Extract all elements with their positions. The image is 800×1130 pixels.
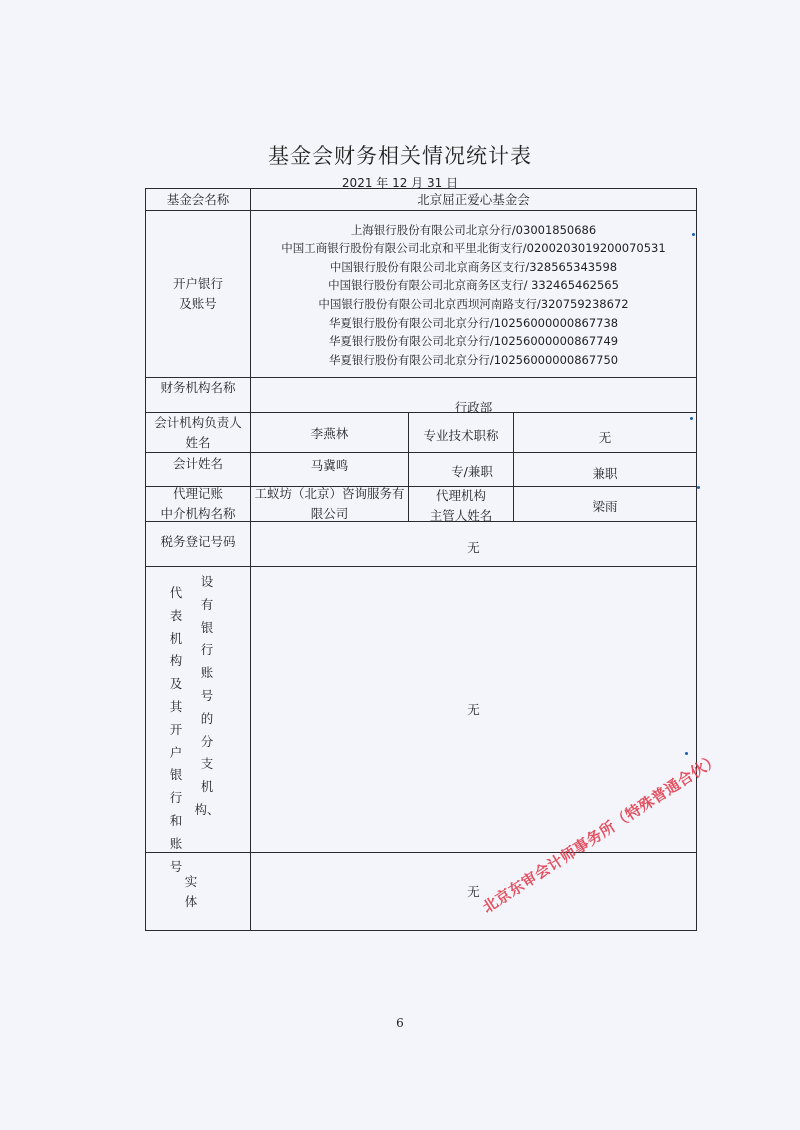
accountant-label-text: 会计姓名 — [173, 454, 223, 474]
vertical-label-char: 表 — [170, 605, 183, 628]
finance-dept-value: 行政部 — [251, 398, 696, 418]
accounting-head-value: 李燕林 — [251, 420, 408, 448]
agency-manager-value: 梁雨 — [514, 490, 696, 523]
finance-dept-label: 财务机构名称 — [146, 378, 250, 398]
agency-label-line-2: 中介机构名称 — [160, 504, 235, 524]
finance-dept-value-text: 行政部 — [455, 398, 493, 418]
agency-label-line-1: 代理记账 — [173, 484, 223, 504]
tax-registration-label-text: 税务登记号码 — [160, 532, 235, 552]
vertical-label-char: 其 — [170, 696, 183, 719]
vertical-label-char: 构 — [170, 650, 183, 673]
vertical-label-char: 行 — [170, 787, 183, 810]
vertical-label-char: 构、 — [195, 799, 220, 822]
vertical-label-char: 行 — [201, 639, 214, 662]
ink-dot — [692, 233, 695, 236]
employment-type-label: 专/兼职 — [420, 460, 524, 484]
accounting-head-label: 会计机构负责人 姓名 — [146, 413, 250, 452]
bank-accounts-label-line-2: 及账号 — [179, 294, 217, 314]
vertical-label-char: 和 — [170, 810, 183, 833]
accountant-value: 马冀鸣 — [251, 455, 408, 477]
vertical-label-char: 号 — [201, 685, 214, 708]
vertical-label-char: 及 — [170, 673, 183, 696]
bank-account-item: 中国银行股份有限公司北京西坝河南路支行/320759238672 — [318, 295, 628, 314]
agency-manager-label: 代理机构 主管人姓名 — [409, 488, 513, 523]
ink-dot — [697, 486, 700, 489]
accountant-name: 马冀鸣 — [311, 456, 349, 476]
bank-account-item: 中国银行股份有限公司北京商务区支行/ 332465462565 — [328, 276, 619, 295]
accounting-head-label-line-2: 姓名 — [185, 433, 210, 453]
employment-type-value: 兼职 — [514, 462, 696, 486]
agency-manager-name: 梁雨 — [592, 497, 617, 517]
branches-value-text: 无 — [467, 700, 480, 720]
agency-name-line-1: 工蚁坊（北京）咨询服务有 — [254, 484, 404, 504]
bank-account-item: 上海银行股份有限公司北京分行/03001850686 — [351, 221, 596, 240]
bank-account-item: 华夏银行股份有限公司北京分行/10256000000867749 — [329, 332, 618, 351]
vertical-label-char: 有 — [201, 594, 214, 617]
vertical-label-char: 账 — [201, 662, 214, 685]
vertical-label-char: 机 — [170, 628, 183, 651]
page-number: 6 — [0, 1016, 800, 1030]
bank-accounts-label-line-1: 开户银行 — [173, 274, 223, 294]
accounting-head-name: 李燕林 — [311, 424, 349, 444]
bank-account-item: 华夏银行股份有限公司北京分行/10256000000867738 — [329, 314, 618, 333]
accountant-label: 会计姓名 — [146, 453, 250, 475]
foundation-name-value-text: 北京屈正爱心基金会 — [417, 190, 530, 210]
bank-account-item: 华夏银行股份有限公司北京分行/10256000000867750 — [329, 351, 618, 370]
entities-label: 实体 — [183, 872, 199, 912]
agency-manager-label-line-2: 主管人姓名 — [430, 506, 493, 526]
vertical-label-char: 体 — [185, 892, 198, 912]
foundation-name-label: 基金会名称 — [146, 189, 250, 210]
tax-registration-label: 税务登记号码 — [146, 522, 250, 562]
vertical-label-char: 号 — [170, 856, 183, 879]
entities-value: 无 — [251, 853, 696, 930]
branches-label-right-column: 设有银行账号的分支机构、 — [199, 571, 215, 822]
bank-accounts-label: 开户银行 及账号 — [146, 211, 250, 377]
vertical-label-char: 开 — [170, 719, 183, 742]
bank-accounts-list: 上海银行股份有限公司北京分行/03001850686 中国工商银行股份有限公司北… — [251, 213, 696, 377]
professional-title-label-text: 专业技术职称 — [423, 426, 498, 446]
professional-title-label: 专业技术职称 — [409, 420, 513, 452]
vertical-label-char: 的 — [201, 708, 214, 731]
finance-dept-label-text: 财务机构名称 — [160, 378, 235, 398]
bank-account-item: 中国银行股份有限公司北京商务区支行/328565343598 — [330, 258, 617, 277]
professional-title-value-text: 无 — [599, 428, 612, 448]
bank-account-item: 中国工商银行股份有限公司北京和平里北街支行/020020301920007053… — [281, 239, 665, 258]
branches-label-left-column: 代表机构及其开户银行和账号 — [168, 582, 184, 878]
vertical-label-char: 账 — [170, 833, 183, 856]
agency-label: 代理记账 中介机构名称 — [146, 486, 250, 521]
agency-value: 工蚁坊（北京）咨询服务有 限公司 — [251, 486, 408, 521]
vertical-label-char: 机 — [201, 776, 214, 799]
vertical-label-char: 实 — [185, 872, 198, 892]
vertical-label-char: 代 — [170, 582, 183, 605]
foundation-name-value: 北京屈正爱心基金会 — [251, 189, 696, 210]
vertical-label-char: 设 — [201, 571, 214, 594]
vertical-label-char: 银 — [170, 764, 183, 787]
employment-type-value-text: 兼职 — [592, 464, 617, 484]
vertical-label-char: 分 — [201, 731, 214, 754]
foundation-name-label-text: 基金会名称 — [167, 190, 230, 210]
professional-title-value: 无 — [514, 422, 696, 454]
vertical-label-char: 户 — [170, 742, 183, 765]
accounting-head-label-line-1: 会计机构负责人 — [154, 413, 242, 433]
tax-registration-value: 无 — [251, 528, 696, 568]
ink-dot — [690, 417, 693, 420]
tax-registration-value-text: 无 — [467, 538, 480, 558]
employment-type-label-text: 专/兼职 — [451, 462, 493, 482]
agency-name-line-2: 限公司 — [311, 504, 349, 524]
vertical-label-char: 支 — [201, 753, 214, 776]
agency-manager-label-line-1: 代理机构 — [436, 486, 486, 506]
ink-dot — [685, 752, 688, 755]
vertical-label-char: 银 — [201, 617, 214, 640]
